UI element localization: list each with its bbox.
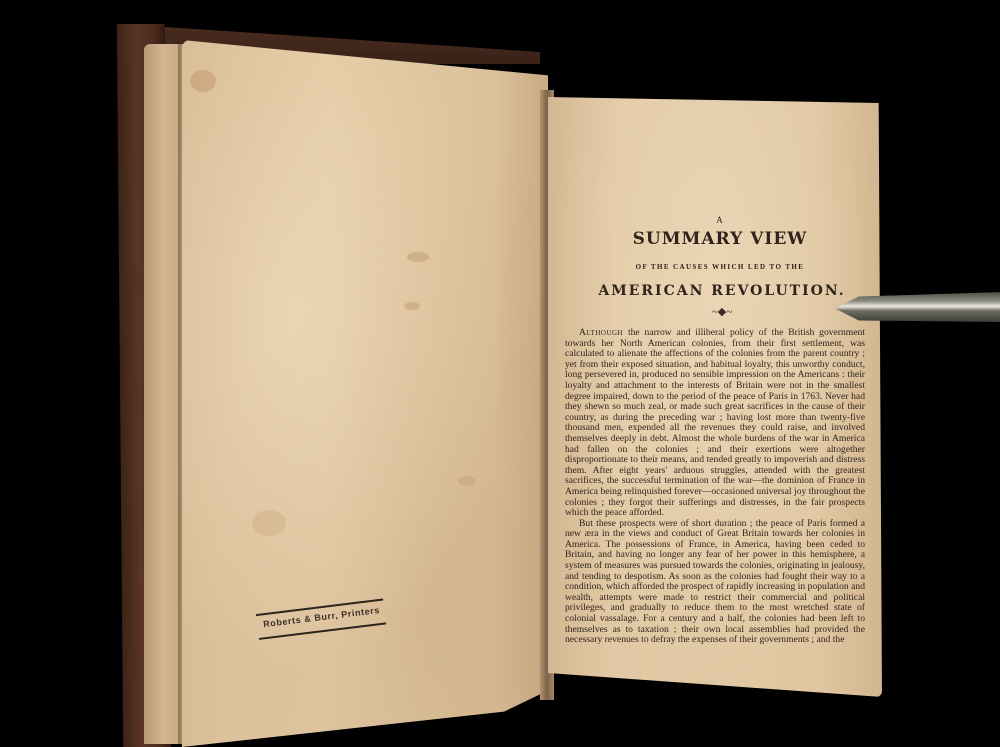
heading-title: SUMMARY VIEW [565,229,865,249]
heading-subtitle: OF THE CAUSES WHICH LED TO THE [565,263,865,271]
body-text: Although the narrow and illiberal policy… [565,328,865,646]
ornament-icon: ~◆~ [565,305,865,318]
foxing-stain [252,510,286,536]
paragraph-1-text: the narrow and illiberal policy of the B… [565,327,865,518]
foxing-stain [190,70,216,92]
book-photo: Roberts & Burr, Printers A SUMMARY VIEW … [0,0,1000,747]
title-page-text: A SUMMARY VIEW OF THE CAUSES WHICH LED T… [565,215,865,646]
foxing-stain [458,476,476,486]
foxing-stain [407,252,429,262]
foxing-stain [404,302,420,310]
paragraph-lead-word: Although [579,327,623,338]
paragraph-2: But these prospects were of short durati… [565,519,865,646]
heading-main: AMERICAN REVOLUTION. [565,283,865,299]
heading-article: A [565,215,865,225]
paragraph-1: Although the narrow and illiberal policy… [565,328,865,519]
pen-pointer [835,292,1000,322]
